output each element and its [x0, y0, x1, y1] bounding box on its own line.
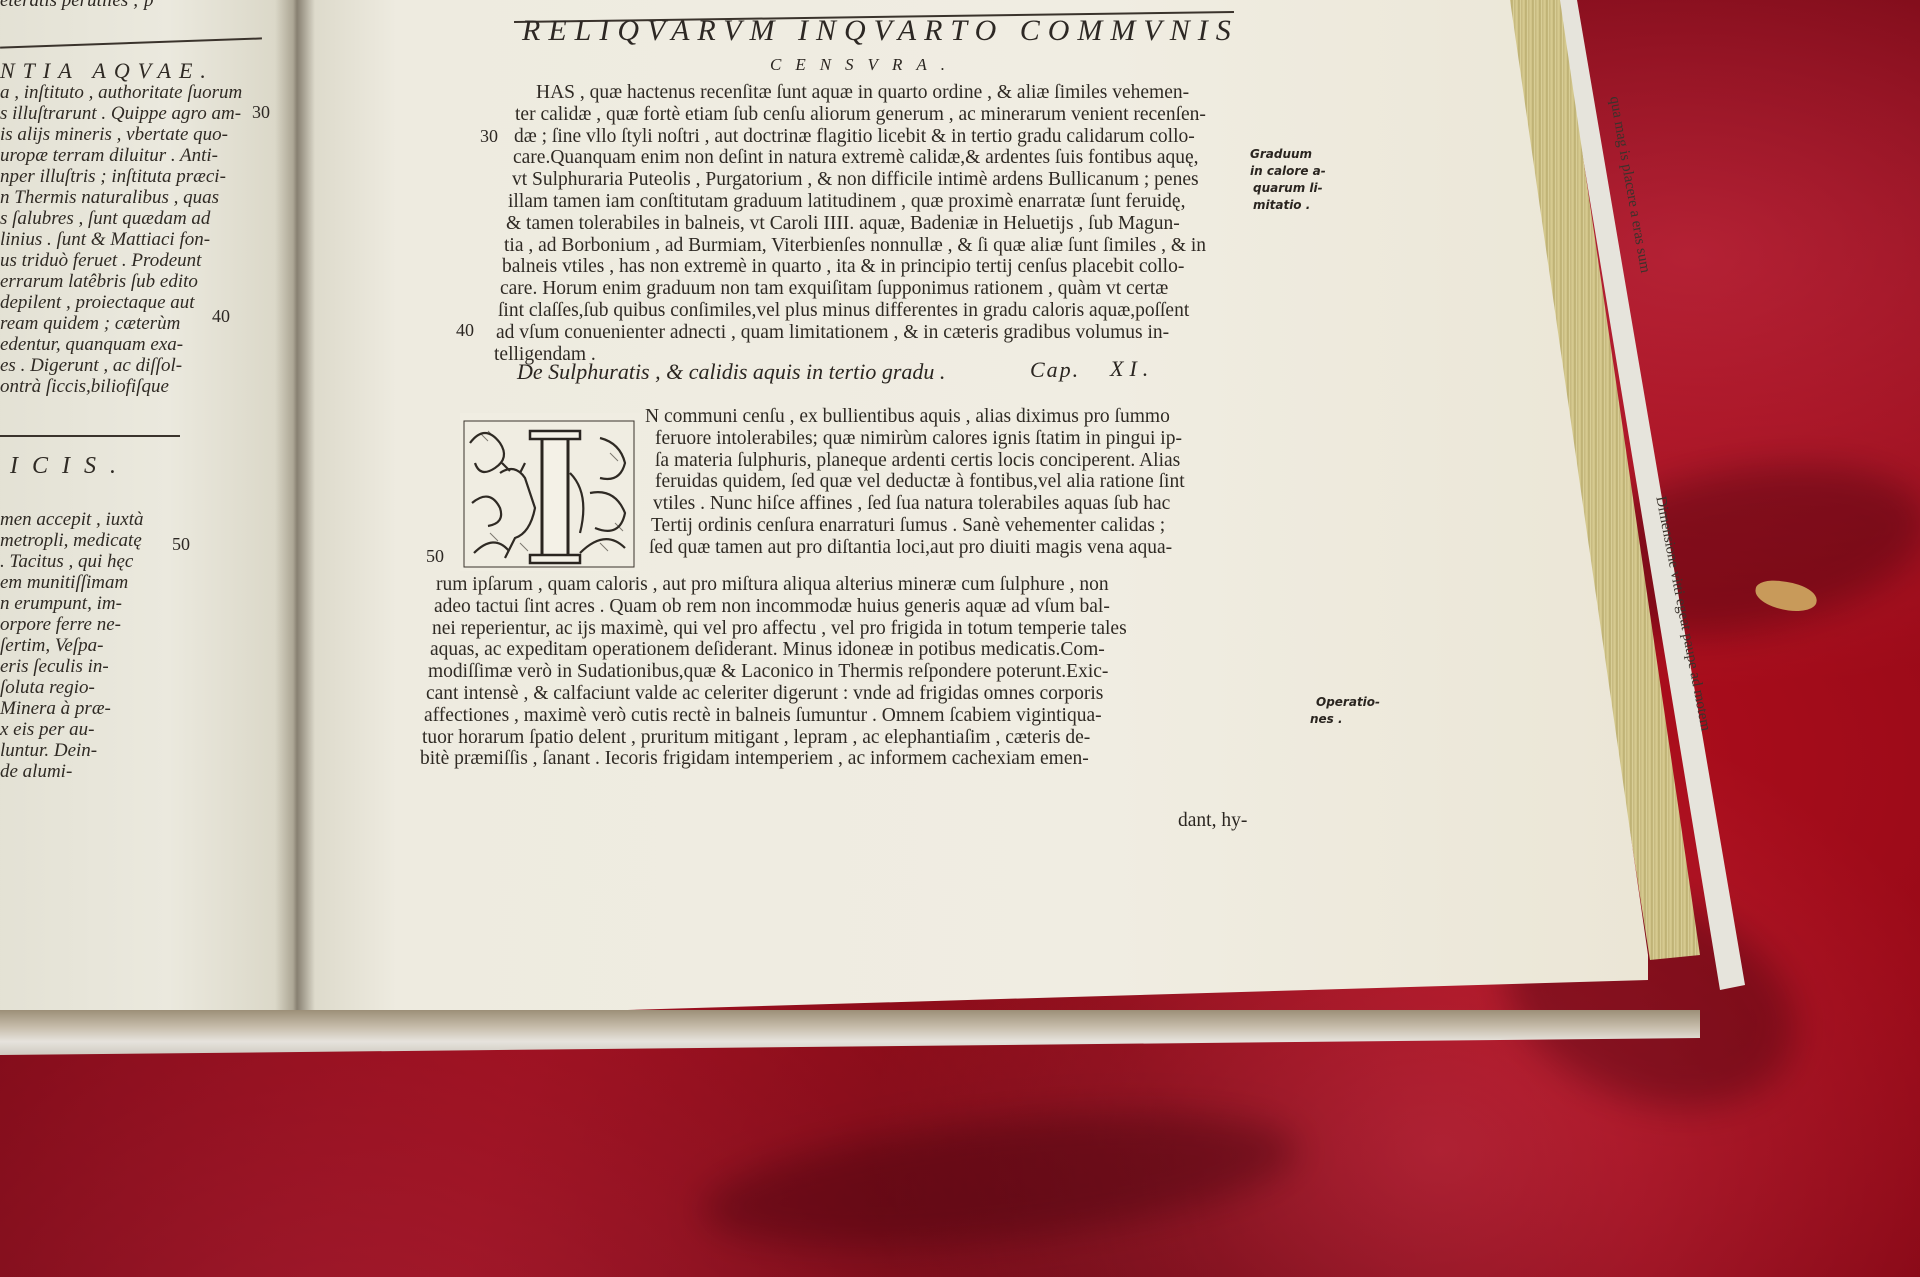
text-line: feruore intolerabiles; quæ nimirùm calor… — [645, 428, 1185, 450]
left-line: eris ſeculis in- — [0, 656, 144, 677]
text-line: care.Quanquam enim non deſint in natura … — [512, 147, 1206, 169]
left-top-fragment: eteratis perutiles ; p — [0, 0, 154, 12]
left-line: ontrà ſiccis,biliofiſque — [0, 376, 242, 397]
section-3-text: rum ipſarum , quam caloris , aut pro miſ… — [436, 574, 1127, 770]
text-line: adeo tactui ſint acres . Quam ob rem non… — [434, 596, 1127, 618]
marginal-note-operationes: Operatio- nes . — [1316, 694, 1380, 728]
left-line: de alumi- — [0, 761, 144, 782]
left-line: x eis per au- — [0, 719, 144, 740]
left-line: errarum latêbris ſub edito — [0, 271, 242, 292]
left-line-number-50: 50 — [172, 534, 190, 555]
line-number-30: 30 — [480, 126, 498, 147]
running-head: RELIQVARVM INQVARTO COMMVNIS — [522, 14, 1239, 48]
text-line: ad vſum conuenienter adnecti , quam limi… — [496, 322, 1206, 344]
text-line: illam tamen iam conſtitutam graduum lati… — [508, 191, 1206, 213]
chapter-cap-label: Cap. — [1030, 357, 1080, 383]
section-1-text: HAS , quæ hactenus recenſitæ ſunt aquæ i… — [512, 82, 1206, 365]
chapter-number: XI. — [1110, 356, 1154, 382]
text-line: ter calidæ , quæ fortè etiam ſub cenſu a… — [512, 104, 1206, 126]
text-line: tia , ad Borbonium , ad Burmiam, Viterbi… — [504, 235, 1206, 257]
left-line: metropli, medicatę — [0, 530, 144, 551]
marginal-note-graduum: Graduum in calore a- quarum li- mitatio … — [1250, 146, 1326, 214]
text-line: N communi cenſu , ex bullientibus aquis … — [645, 406, 1185, 428]
left-heading-2: ICIS. — [10, 453, 130, 480]
left-line-number-30: 30 — [252, 102, 270, 123]
text-line: rum ipſarum , quam caloris , aut pro miſ… — [436, 574, 1127, 596]
chapter-heading: De Sulphuratis , & calidis aquis in tert… — [517, 359, 945, 385]
left-line: depilent , proiectaque aut — [0, 292, 242, 313]
text-line: tuor horarum ſpatio delent , pruritum mi… — [422, 727, 1127, 749]
left-line: n erumpunt, im- — [0, 593, 144, 614]
left-line-number-40: 40 — [212, 306, 230, 327]
text-line: affectiones , maximè verò cutis rectè in… — [424, 705, 1127, 727]
marginal-line: nes . — [1310, 711, 1380, 728]
text-line: ſa materia ſulphuris, planeque ardenti c… — [645, 450, 1185, 472]
text-line: HAS , quæ hactenus recenſitæ ſunt aquæ i… — [512, 82, 1206, 104]
left-line: Minera à præ- — [0, 698, 144, 719]
open-book: qua mag is placere a eras sum Dimensione… — [0, 0, 1700, 1020]
left-line: ſertim, Veſpa- — [0, 635, 144, 656]
book-gutter — [275, 0, 315, 1015]
left-line: a , inſtituto , authoritate ſuorum — [0, 82, 242, 103]
left-line: es . Digerunt , ac diſſol- — [0, 355, 242, 376]
marginal-line: quarum li- — [1253, 180, 1326, 197]
left-line: is alijs mineris , vbertate quo- — [0, 124, 242, 145]
left-line: men accepit , iuxtà — [0, 509, 144, 530]
left-line: orpore ferre ne- — [0, 614, 144, 635]
left-heading-1: NTIA AQVAE. — [0, 58, 214, 84]
text-line: vt Sulphuraria Puteolis , Purgatorium , … — [512, 169, 1206, 191]
woodcut-initial-letter: I — [460, 413, 640, 571]
catchword: dant, hy- — [1178, 810, 1247, 832]
left-block-1: a , inſtituto , authoritate ſuorum s ill… — [0, 82, 242, 397]
left-line: em munitiſſimam — [0, 572, 144, 593]
left-block-2: men accepit , iuxtà metropli, medicatę .… — [0, 509, 144, 782]
running-head-sub: CENSVRA. — [770, 55, 959, 75]
text-line: cant intensè , & calfaciunt valde ac cel… — [426, 683, 1127, 705]
left-line: us triduò feruet . Prodeunt — [0, 250, 242, 271]
text-line: nei reperientur, ac ijs maximè, qui vel … — [432, 618, 1127, 640]
left-line: . Tacitus , qui hęc — [0, 551, 144, 572]
marginal-line: mitatio . — [1253, 197, 1326, 214]
section-2-text: N communi cenſu , ex bullientibus aquis … — [645, 406, 1185, 559]
left-line: edentur, quanquam exa- — [0, 334, 242, 355]
text-line: Tertij ordinis cenſura enarraturi ſumus … — [645, 515, 1185, 537]
text-line: care. Horum enim graduum non tam exquiſi… — [500, 278, 1206, 300]
marginal-line: Graduum — [1250, 146, 1326, 163]
left-line: s illuſtrarunt . Quippe agro am- — [0, 103, 242, 124]
marginal-line: Operatio- — [1316, 694, 1380, 711]
text-line: ſed quæ tamen aut pro diſtantia loci,aut… — [645, 537, 1185, 559]
left-line: linius . ſunt & Mattiaci fon- — [0, 229, 242, 250]
left-line: nper illuſtris ; inſtituta præci- — [0, 166, 242, 187]
text-line: balneis vtiles , has non extremè in quar… — [502, 256, 1206, 278]
text-line: vtiles . Nunc hiſce affines , ſed ſua na… — [645, 493, 1185, 515]
text-line: feruidas quidem, ſed quæ vel deductæ à f… — [645, 471, 1185, 493]
text-line: aquas, ac expeditam operationem deſidera… — [430, 639, 1127, 661]
marginal-line: in calore a- — [1250, 163, 1326, 180]
text-line: & tamen tolerabiles in balneis, vt Carol… — [506, 213, 1206, 235]
left-line: s ſalubres , ſunt quædam ad — [0, 208, 242, 229]
left-line: n Thermis naturalibus , quas — [0, 187, 242, 208]
line-number-40: 40 — [456, 320, 474, 341]
left-line: luntur. Dein- — [0, 740, 144, 761]
left-line: uropæ terram diluitur . Anti- — [0, 145, 242, 166]
left-line: ſoluta regio- — [0, 677, 144, 698]
decorated-initial-i-icon: I — [460, 413, 640, 571]
text-line: dæ ; ſine vllo ſtyli noſtri , aut doctri… — [512, 126, 1206, 148]
text-line: bitè præmiſſis , ſanant . Iecoris frigid… — [420, 748, 1127, 770]
left-line: ream quidem ; cæterùm — [0, 313, 242, 334]
line-number-50: 50 — [426, 546, 444, 567]
text-line: modiſſimæ verò in Sudationibus,quæ & Lac… — [428, 661, 1127, 683]
text-line: ſint claſſes,ſub quibus conſimiles,vel p… — [498, 300, 1206, 322]
left-rule-mid — [0, 435, 180, 437]
